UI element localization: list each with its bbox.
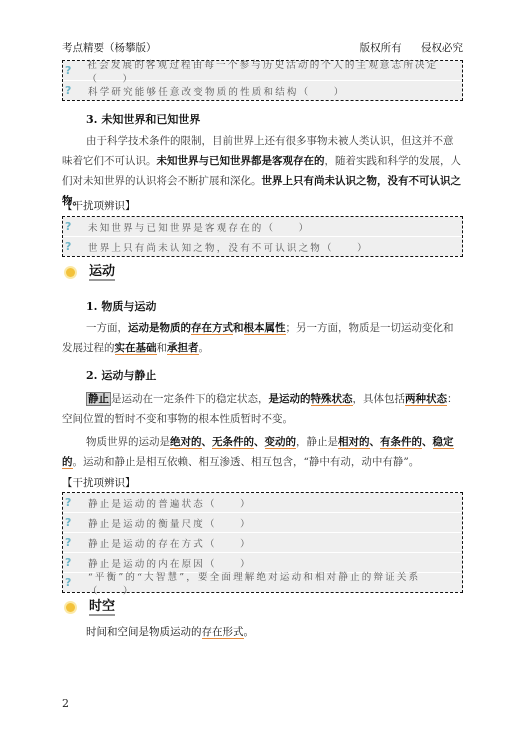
quiz-item: ? 世界上只有尚未认知之物，没有不可认识之物（ ） [63,237,462,256]
paragraph-spacetime: 时间和空间是物质运动的存在形式。 [62,622,463,642]
rights-notice: 版权所有 侵权必究 [344,40,463,55]
quiz-item: ? 静止是运动的普遍状态（ ） [63,493,462,513]
quiz-item-text: 科学研究能够任意改变物质的性质和结构（ ） [88,84,345,98]
quiz-item-text: 世界上只有尚未认知之物，没有不可认识之物（ ） [88,240,369,254]
quiz-item-text: 静止是运动的内在原因（ ） [88,556,252,570]
page-number: 2 [62,697,69,710]
document-page: 考点精要（杨攀版） 版权所有 侵权必究 ? 社会发展的客观过程由每一个参与历史活… [0,0,525,738]
section-title: 时空 [89,599,115,616]
question-mark-icon: ? [65,517,75,529]
question-mark-icon: ? [65,537,75,549]
question-mark-icon: ? [65,65,74,77]
section-title: 运动 [89,264,115,281]
paragraph-matter-motion: 一方面，运动是物质的存在方式和根本属性；另一方面，物质是一切运动变化和发展过程的… [62,318,463,358]
quiz-item: ? 静止是运动的存在方式（ ） [63,533,462,553]
rights-reserved: 版权所有 [360,42,402,54]
subsection-title: 1. 物质与运动 [86,298,156,314]
quiz-item-text: 社会发展的客观过程由每一个参与历史活动的个人的主观意志所决定（ ） [87,57,462,85]
quiz-item: ? 社会发展的客观过程由每一个参与历史活动的个人的主观意志所决定（ ） [63,61,462,81]
quiz-box-2: ? 未知世界与已知世界是客观存在的（ ） ? 世界上只有尚未认知之物，没有不可认… [62,216,463,257]
section-heading-motion: 运动 [66,264,115,281]
section-heading-spacetime: 时空 [66,599,115,616]
distractor-label: 【干扰项辨识】 [62,198,136,213]
quiz-box-3: ? 静止是运动的普遍状态（ ） ? 静止是运动的衡量尺度（ ） ? 静止是运动的… [62,492,463,593]
page-header: 考点精要（杨攀版） 版权所有 侵权必究 [62,40,463,56]
sun-bullet-icon [66,268,75,277]
paragraph-rest: 静止是运动在一定条件下的稳定状态，是运动的特殊状态，具体包括两种状态：空间位置的… [62,389,463,429]
subsection-title: 3. 未知世界和已知世界 [86,111,200,127]
quiz-item-text: 未知世界与已知世界是客观存在的（ ） [88,220,310,234]
book-title: 考点精要（杨攀版） [62,40,157,55]
quiz-item-text: 静止是运动的普遍状态（ ） [88,496,252,510]
subsection-title: 2. 运动与静止 [86,367,156,383]
question-mark-icon: ? [65,241,75,253]
quiz-box-1: ? 社会发展的客观过程由每一个参与历史活动的个人的主观意志所决定（ ） ? 科学… [62,60,463,101]
quiz-item: ? 未知世界与已知世界是客观存在的（ ） [63,217,462,237]
paragraph-absolute-relative: 物质世界的运动是绝对的、无条件的、变动的，静止是相对的、有条件的、稳定的。运动和… [62,432,463,472]
quiz-item: ? 静止是运动的衡量尺度（ ） [63,513,462,533]
question-mark-icon: ? [65,221,75,233]
quiz-item-text: 静止是运动的存在方式（ ） [88,536,252,550]
question-mark-icon: ? [65,557,75,569]
quiz-item-text: “平衡”的“大智慧”，要全面理解绝对运动和相对静止的辩证关系（ ） [88,569,462,597]
question-mark-icon: ? [65,577,75,589]
infringement-notice: 侵权必究 [421,42,463,54]
question-mark-icon: ? [65,85,75,97]
distractor-label: 【干扰项辨识】 [62,475,136,490]
quiz-item: ? “平衡”的“大智慧”，要全面理解绝对运动和相对静止的辩证关系（ ） [63,573,462,592]
sun-bullet-icon [66,603,75,612]
highlighted-term: 静止 [86,392,111,406]
question-mark-icon: ? [65,497,75,509]
quiz-item-text: 静止是运动的衡量尺度（ ） [88,516,252,530]
